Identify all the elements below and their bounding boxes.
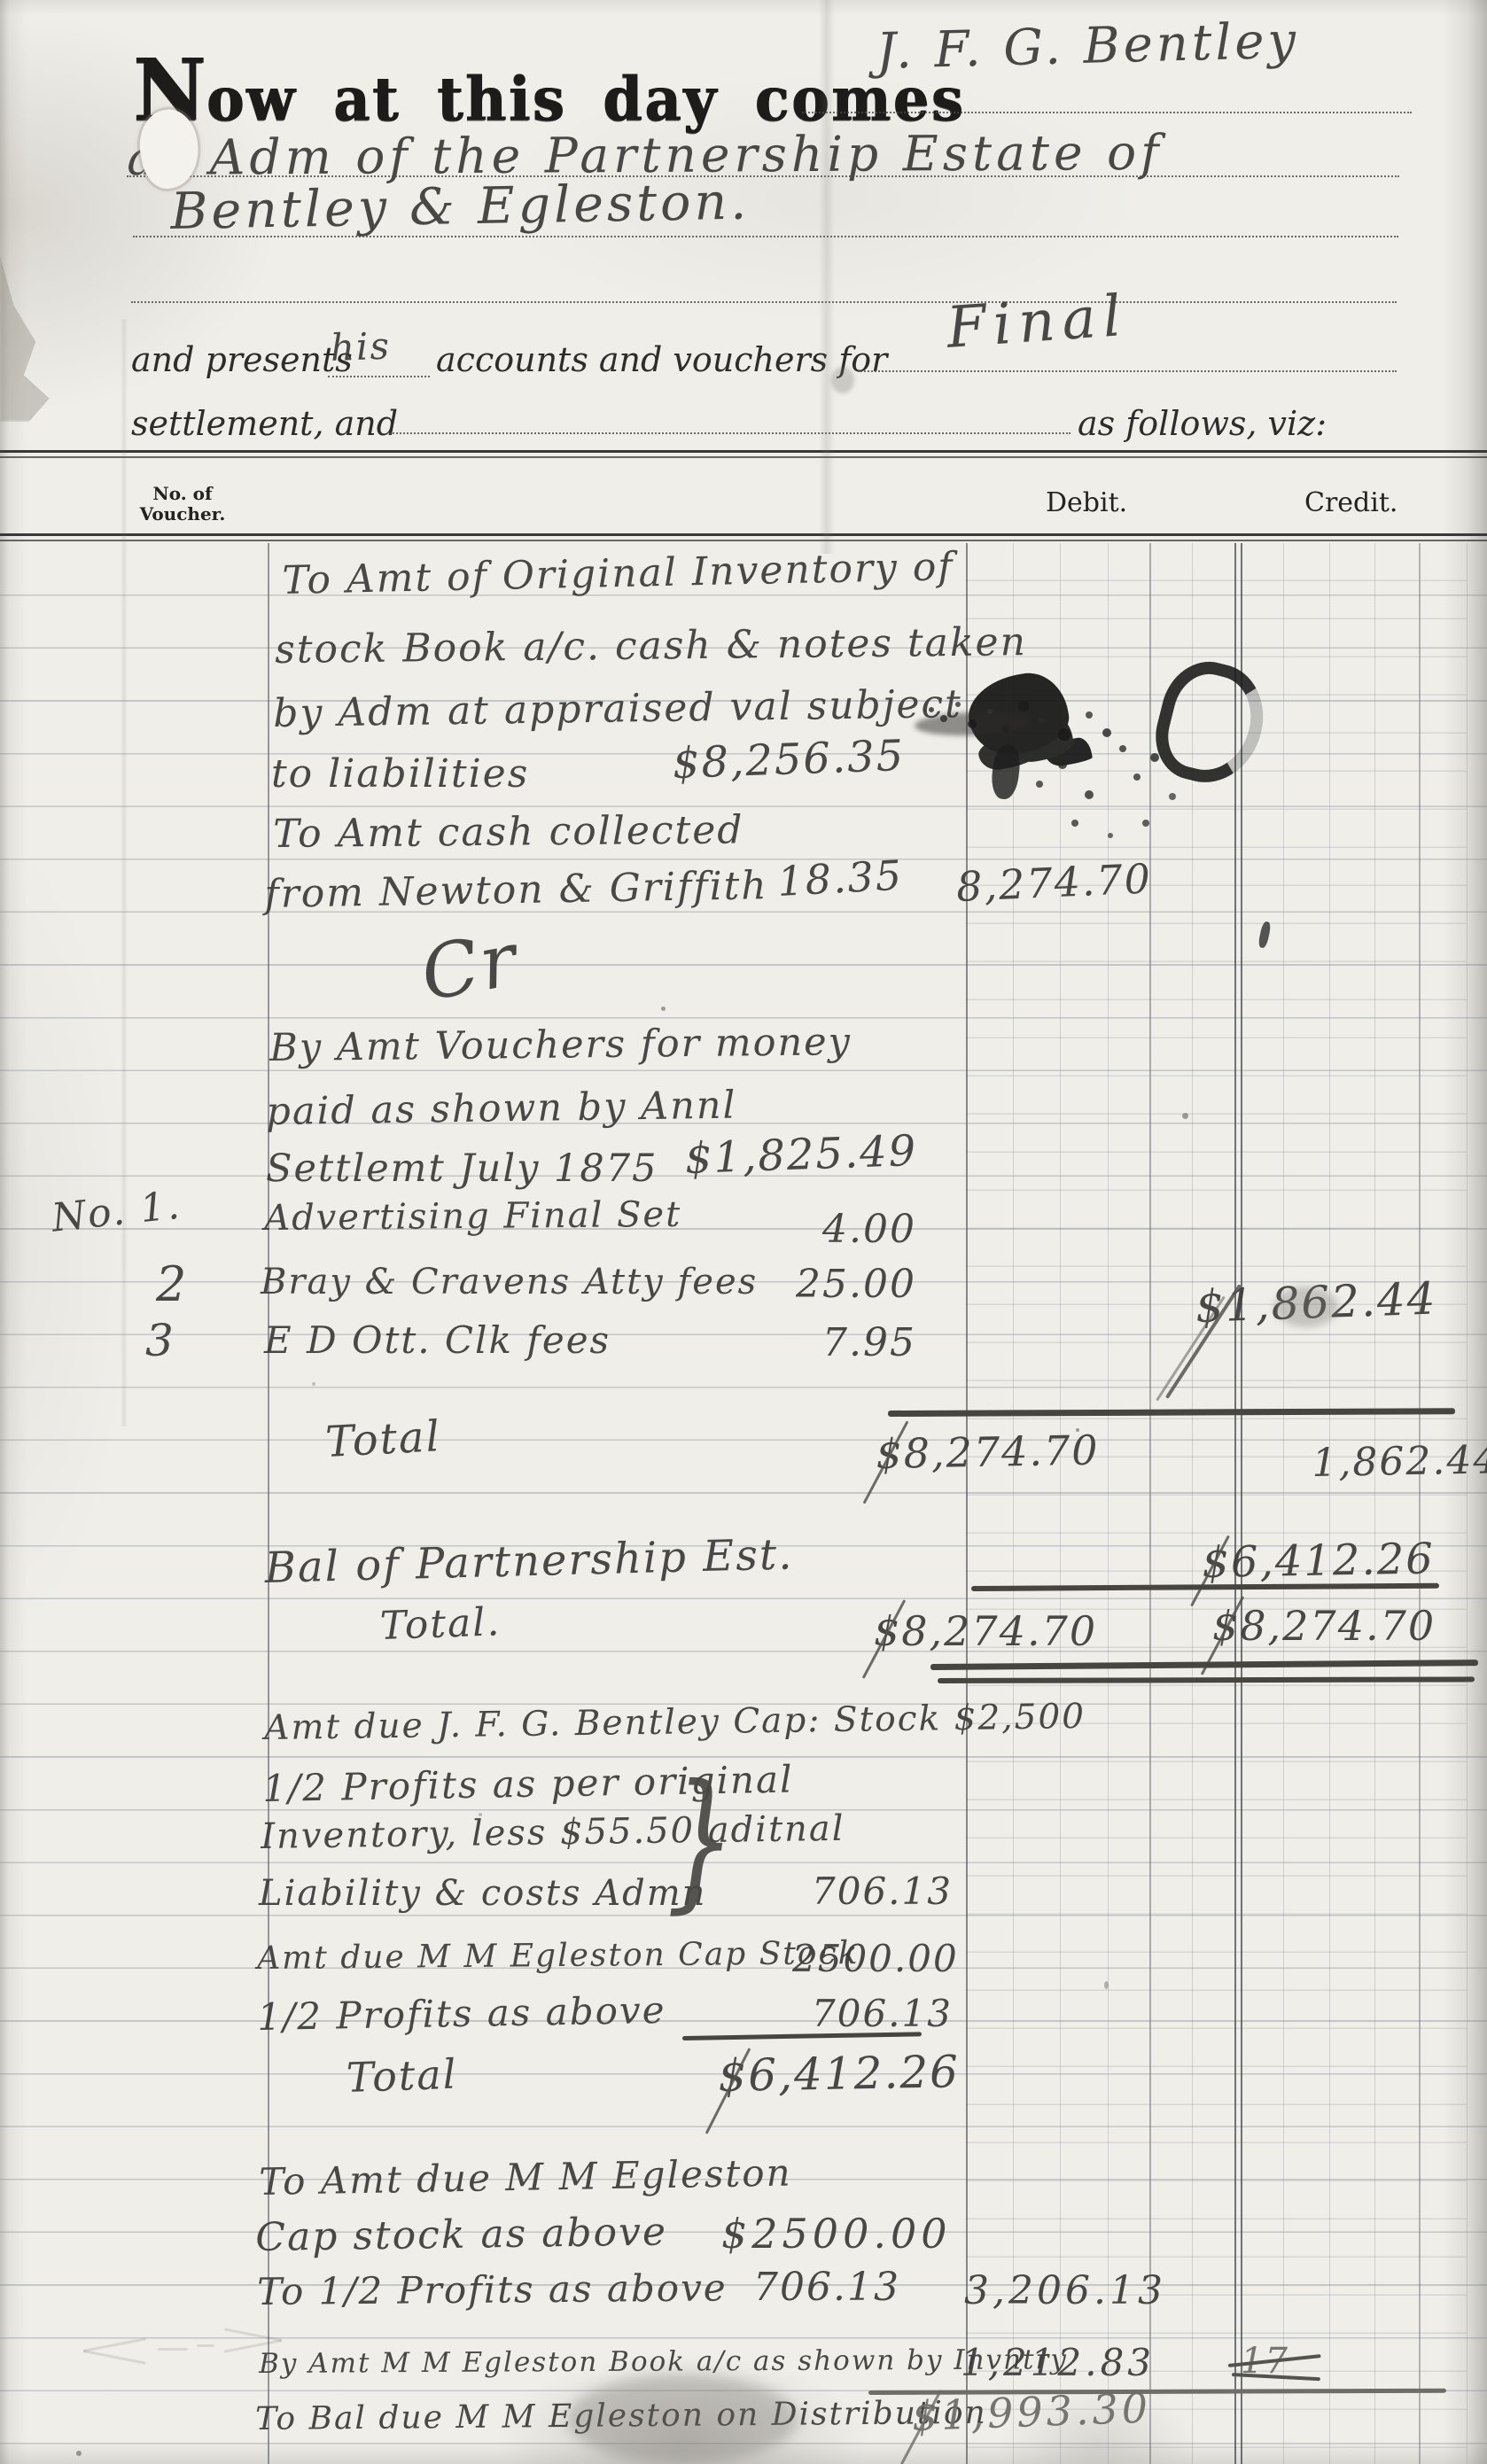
amount: 706.13	[812, 1992, 953, 2035]
amount: 25.00	[796, 1262, 916, 1307]
double-rule-a	[1234, 543, 1236, 2464]
double-rule-bottom-b	[0, 540, 1487, 541]
vertical-crease	[819, 0, 835, 554]
voucher-number: 2	[156, 1256, 188, 1312]
fill-line	[328, 376, 430, 377]
speck	[76, 2451, 82, 2456]
amount: 4.00	[822, 1207, 916, 1252]
ledger-line: Advertising Final Set	[264, 1194, 681, 1239]
ledger-line: from Newton & Griffith	[264, 863, 768, 917]
faint-rule	[1060, 543, 1061, 2464]
ledger-line: To Amt cash collected	[273, 807, 744, 857]
debit-amount: 8,274.70	[955, 854, 1153, 911]
ledger-line: paid as shown by Annl	[266, 1084, 737, 1134]
ledger-page: Now at this day comes J. F. G. Bentley a…	[0, 0, 1487, 2464]
voucher-number: 3	[145, 1315, 175, 1366]
written-his: his	[330, 324, 392, 369]
printed-viz: as follows, viz:	[1078, 404, 1327, 443]
ledger-line: to liabilities	[271, 751, 529, 797]
faint-rule	[1108, 543, 1109, 2464]
fill-line	[131, 301, 1397, 303]
credit-column-header: Credit.	[1304, 487, 1397, 518]
ledger-line: Bray & Cravens Atty fees	[261, 1262, 758, 1302]
amount: 706.13	[812, 1869, 953, 1913]
ledger-line: By Amt Vouchers for money	[269, 1020, 852, 1070]
margin-scribble	[158, 2348, 188, 2351]
ledger-line: Cap stock as above	[255, 2210, 667, 2260]
faint-rule	[1329, 543, 1330, 2464]
fill-line	[390, 432, 1070, 434]
faint-rule	[1283, 543, 1284, 2464]
smudge	[831, 367, 854, 393]
amount: 18.35	[776, 851, 904, 906]
horizontal-rulings-fine-right	[966, 543, 1467, 2464]
administrator-name: J. F. G. Bentley	[876, 12, 1300, 81]
speck	[312, 1382, 315, 1386]
speck	[1104, 1981, 1109, 1989]
printed-settlement: settlement, and	[131, 404, 398, 443]
double-rule-bottom-a	[0, 533, 1487, 536]
debit-amount: 3,206.13	[964, 2268, 1166, 2313]
double-rule-top-b	[0, 456, 1487, 458]
amount: $8,256.35	[672, 731, 906, 789]
debit-amount: 1,212.83	[961, 2341, 1155, 2384]
ledger-line: stock Book a/c. cash & notes taken	[275, 619, 1027, 672]
debit-column-header: Debit.	[1046, 487, 1127, 518]
ledger-line: To 1/2 Profits as above	[257, 2266, 728, 2313]
ledger-line: 1/2 Profits as above	[257, 1988, 666, 2039]
amount: $2500.00	[721, 2210, 952, 2258]
total-label: Total	[346, 2050, 458, 2102]
smudge	[567, 2375, 798, 2463]
voucher-column-header: No. of Voucher.	[131, 484, 234, 525]
smudge	[1274, 1286, 1338, 1327]
speck	[1076, 1428, 1079, 1432]
faint-rule	[1013, 543, 1014, 2464]
brace: }	[666, 1753, 736, 1928]
amount: 7.95	[822, 1320, 916, 1365]
faint-rule	[1374, 543, 1375, 2464]
ledger-line: Amt due M M Egleston Cap Stock	[257, 1935, 860, 1977]
credit-amount: $6,412.26	[1202, 1534, 1435, 1588]
speck	[479, 1813, 482, 1816]
amount: 706.13	[753, 2265, 900, 2310]
credit-amount: $8,274.70	[1212, 1602, 1436, 1650]
amount: $6,412.26	[718, 2046, 960, 2102]
fill-line	[858, 370, 1397, 372]
ledger-line: by Adm at appraised val subject	[273, 681, 962, 736]
printed-and-presents: and presents	[131, 340, 353, 379]
fill-line	[127, 175, 1399, 177]
total-label: Total	[324, 1411, 442, 1467]
written-final: Final	[945, 284, 1130, 361]
firm-name: Bentley & Egleston.	[170, 173, 751, 241]
voucher-header-line2: Voucher.	[131, 504, 234, 525]
torn-edge-stain	[0, 255, 85, 422]
total-label: Total.	[379, 1599, 502, 1649]
faint-rule	[1467, 543, 1468, 2464]
fill-line	[133, 236, 1398, 237]
cr-heading: Cr	[415, 915, 525, 1017]
ledger-line: Settlemt July 1875	[266, 1146, 658, 1191]
ledger-line: Inventory, less $55.50 aditnal	[261, 1808, 845, 1857]
amount: $1,825.49	[684, 1126, 918, 1184]
amount: 2500.00	[792, 1937, 959, 1980]
double-rule-top-a	[0, 450, 1487, 453]
fill-line	[802, 112, 1412, 113]
ledger-line: To Amt due M M Egleston	[259, 2151, 792, 2204]
speck	[1182, 1113, 1188, 1119]
ledger-line: Liability & costs Admn	[259, 1873, 706, 1914]
debit-column-left-rule	[966, 543, 968, 2464]
credit-column-right-rule	[1419, 543, 1421, 2464]
debit-amount: $1,993.30	[911, 2384, 1152, 2440]
faint-rule	[1192, 543, 1193, 2464]
margin-scribble	[197, 2344, 214, 2347]
credit-amount: 1,862.44	[1312, 1437, 1487, 1486]
speck	[661, 1007, 666, 1011]
double-rule-b	[1241, 543, 1242, 2464]
voucher-header-line1: No. of	[131, 484, 234, 504]
debit-amount: $8,274.70	[876, 1426, 1100, 1478]
ink-blot-speckles	[929, 707, 934, 712]
debit-column-right-rule	[1149, 543, 1151, 2464]
vertical-crease	[121, 319, 128, 1426]
debit-amount: $8,274.70	[874, 1607, 1097, 1655]
ledger-line: E D Ott. Clk fees	[264, 1318, 611, 1362]
